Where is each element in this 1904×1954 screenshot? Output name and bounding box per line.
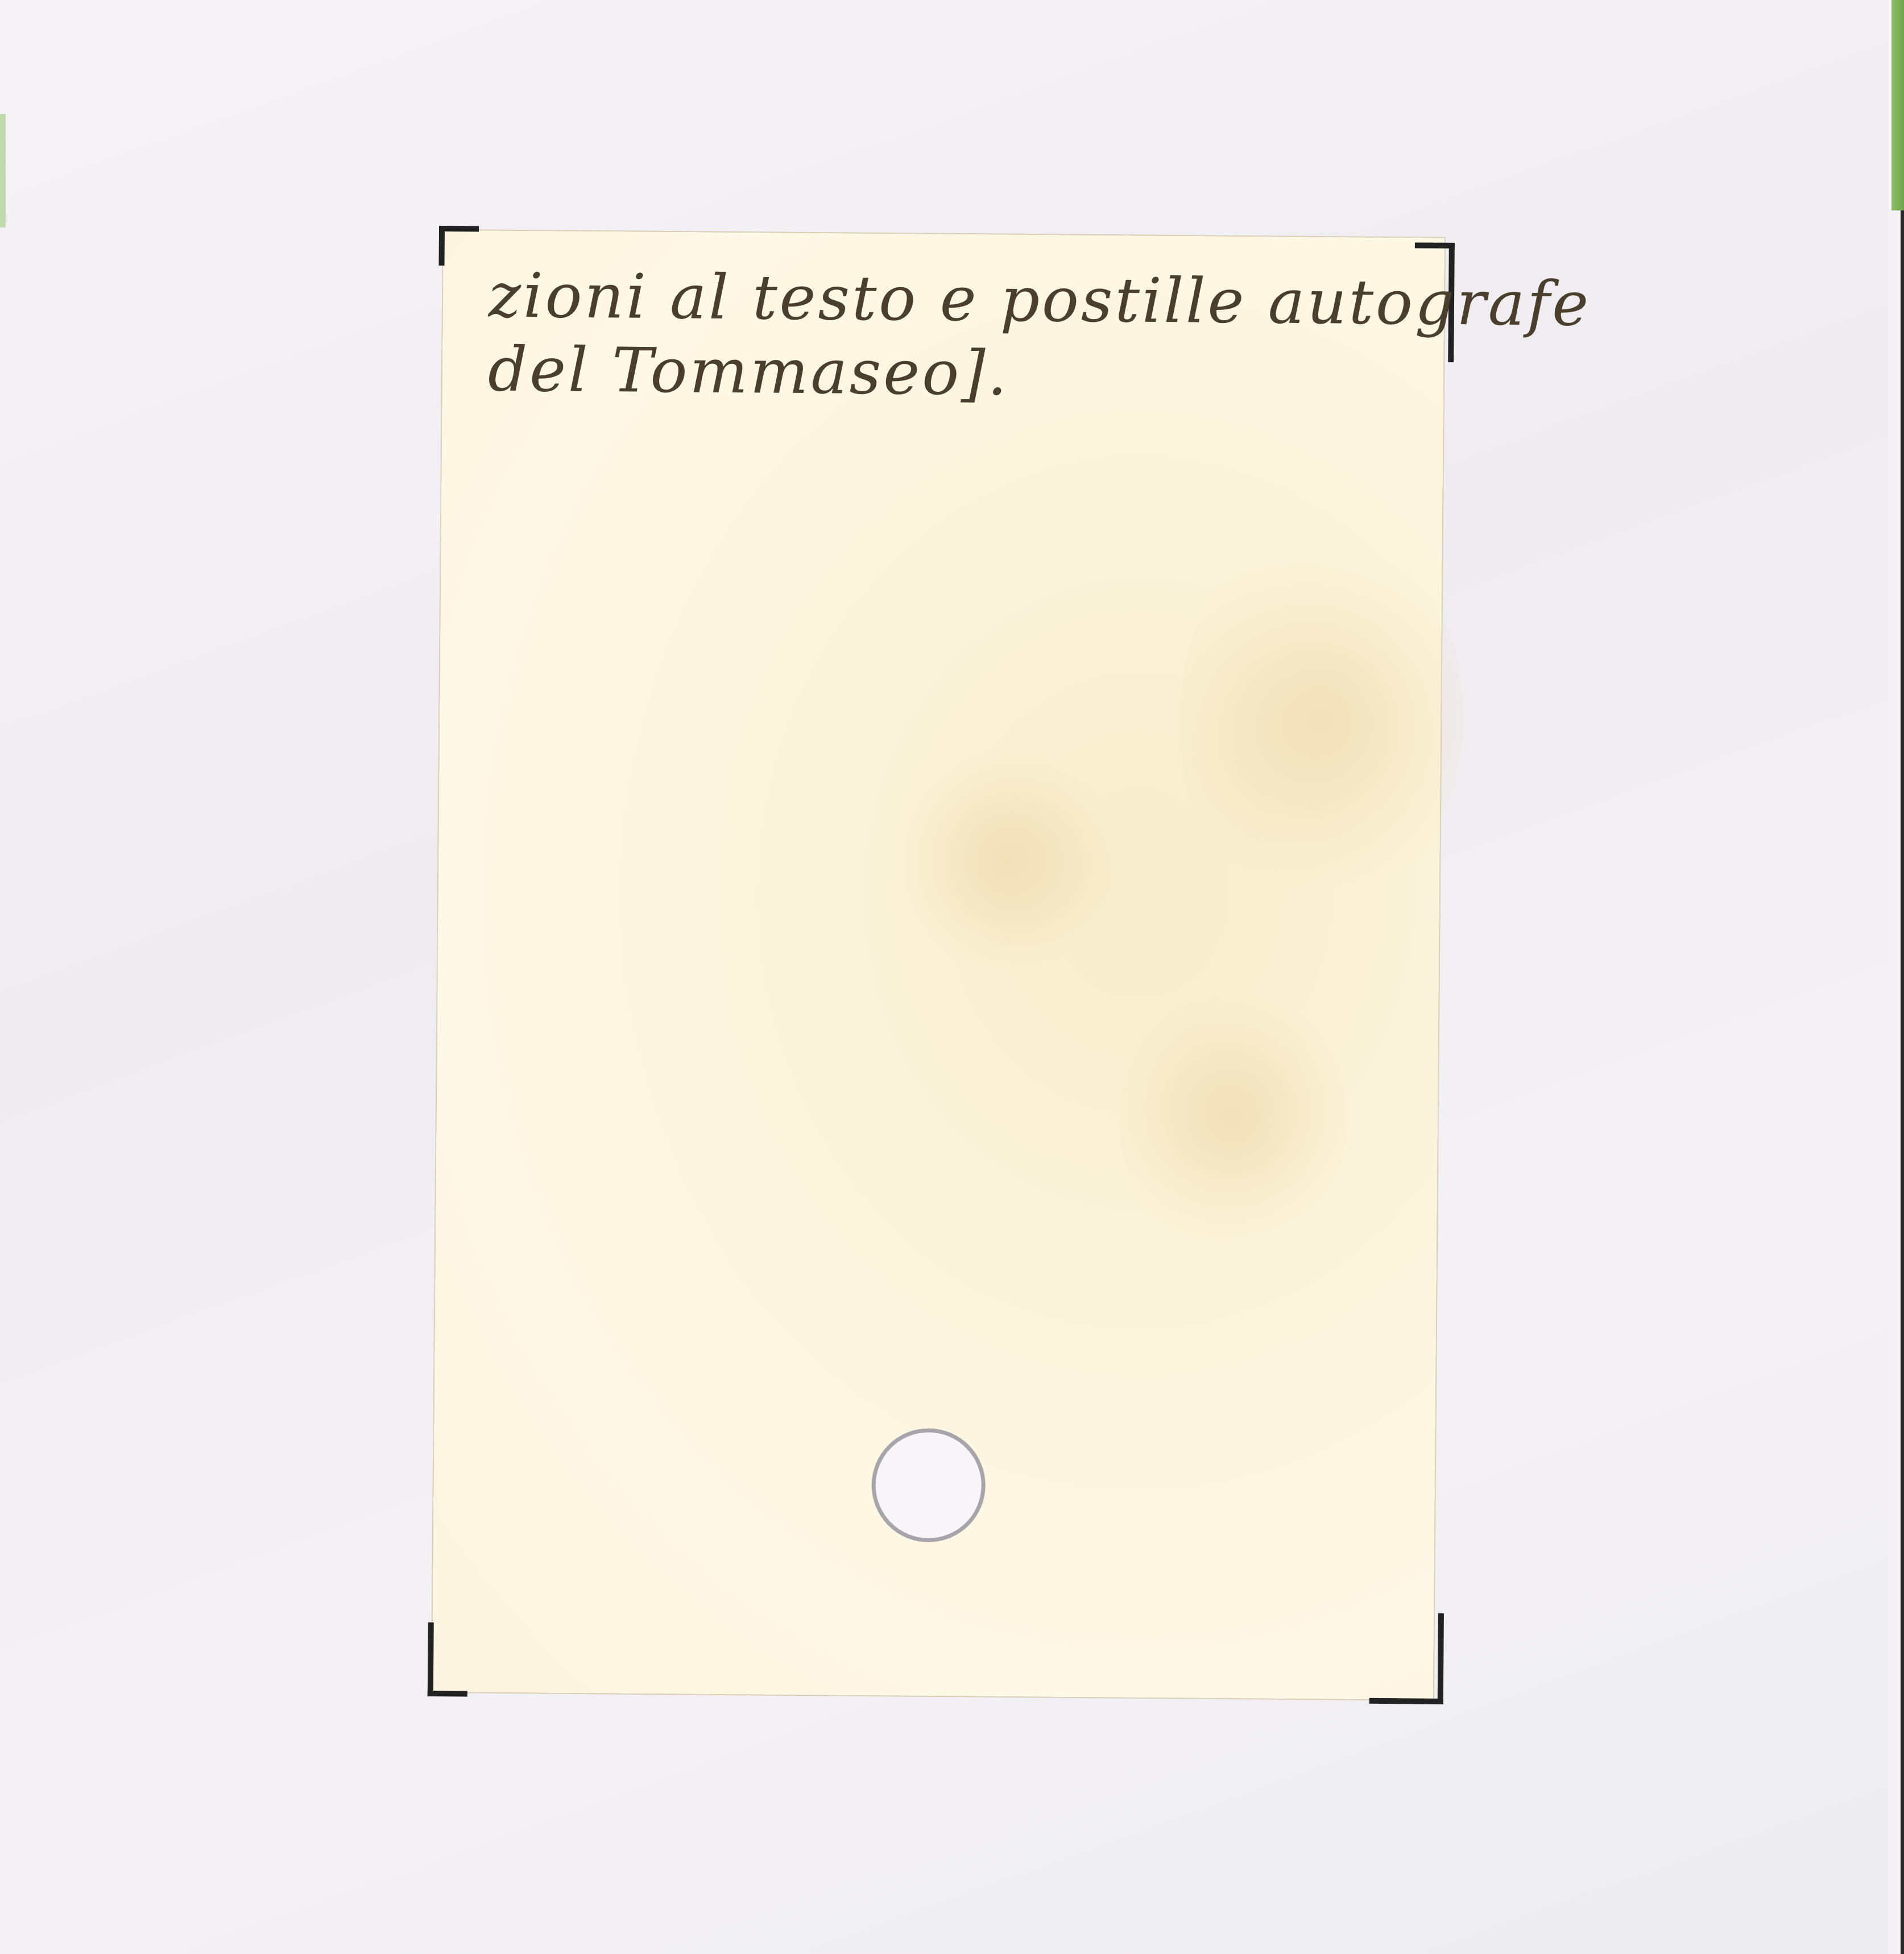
photo-corner-bottom-left	[428, 1622, 468, 1697]
age-stain	[1178, 520, 1465, 921]
age-stain	[893, 746, 1122, 975]
handwritten-note: zioni al testo e postille autografe del …	[488, 259, 1422, 415]
green-edge-strip-left	[0, 114, 6, 227]
note-line-1: zioni al testo e postille autografe	[489, 259, 1422, 341]
mounted-card: zioni al testo e postille autografe del …	[432, 230, 1444, 1700]
green-edge-strip	[1891, 0, 1904, 210]
punch-hole	[871, 1428, 986, 1543]
age-stain	[1118, 975, 1348, 1261]
dark-edge-strip	[1901, 210, 1904, 1954]
photo-corner-bottom-right	[1369, 1613, 1444, 1704]
note-line-2: del Tommaseo].	[488, 333, 1421, 415]
photo-corner-top-left	[439, 226, 479, 266]
